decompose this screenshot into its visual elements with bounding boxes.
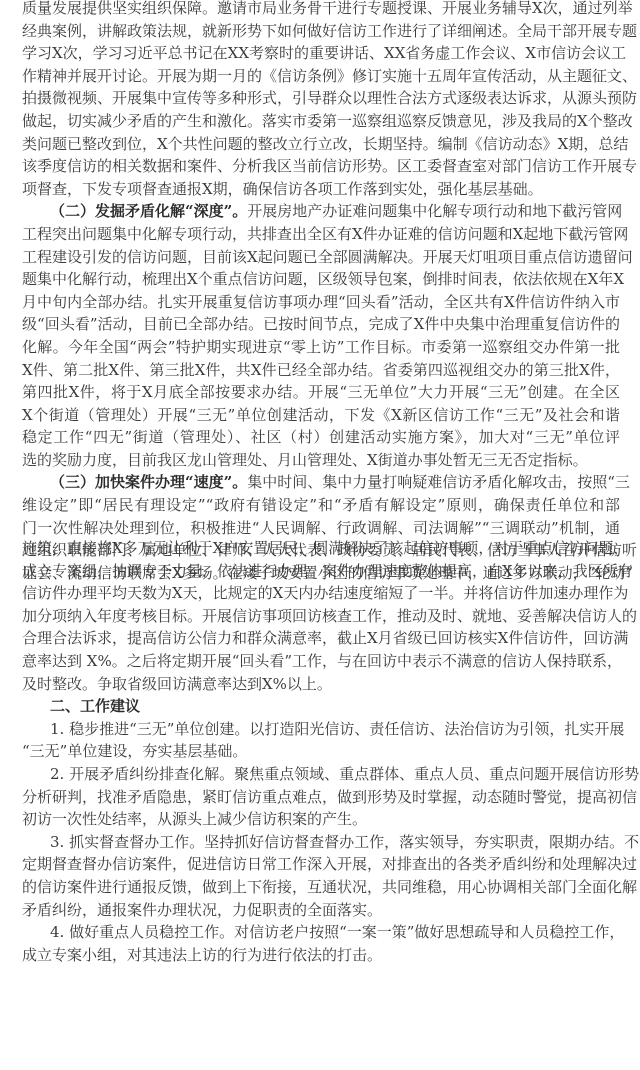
text-line: “三无”单位建设，夯实基层基础。 xyxy=(0,740,620,763)
section-heading-work-suggestions: 二、工作建议 xyxy=(0,695,620,718)
text-line: 选的奖励力度，目前我区龙山管理处、月山管理处、X街道办事处暂无三无否定指标。 xyxy=(0,449,620,472)
text-line: 意率达到 X%。之后将定期开展“回头看”工作，与在回访中表示不满意的信访人保持联… xyxy=(0,650,620,673)
text-line: 作精神并展开讨论。开展为期一月的《信访条例》修订实施十五周年宣传活动，从主题征文… xyxy=(0,65,620,88)
document-page-2: 施策，直接将X多万元让利于X户安置居民，圆满解决了该起信访事项，对于重点信访问题… xyxy=(0,537,640,966)
text-line: 学习X次，学习习近平总书记在XX考察时的重要讲话、XX省务虚工作会议、X市信访会… xyxy=(0,42,620,65)
text-line: 维设定”即“居民有理设定”“政府有错设定”和“矛盾有解设定”原则，确保责任单位和… xyxy=(0,494,620,517)
text-line: 工程突出问题集中化解专项行动，共排查出全区有X件办证难的信访问题和X起地下截污管… xyxy=(0,223,620,246)
text-line: 工程建设引发的信访问题，目前该X起问题已全部圆满解决。开展天灯咀项目重点信访遗留… xyxy=(0,246,620,269)
text-line: 信访件办理平均天数为X天，比规定的X天内办结速度缩短了一半。并将信访件加速办理作… xyxy=(0,582,620,605)
text-span: 开展房地产办证难问题集中化解专项行动和地下截污管网 xyxy=(247,202,622,220)
text-line: 月中旬内全部办结。扎实开展重复信访事项办理“回头看”活动，全区共有X件信访件纳入… xyxy=(0,291,620,314)
suggestion-3: 3. 抓实督查督办工作。坚持抓好信访督查督办工作，落实领导，夯实职责，限期办结。… xyxy=(0,831,640,921)
paragraph-training: 质量发展提供坚实组织保障。邀请市局业务骨干进行专题授课、开展业务辅导X次，通过列… xyxy=(0,0,640,200)
text-line: 的信访案件进行通报反馈，做到上下衔接，互通状况，共同维稳，用心协调相关部门全面化… xyxy=(0,876,620,899)
text-line: 成立专案小组，对其违法上访的行为进行依法的打击。 xyxy=(0,944,620,967)
text-line: 矛盾纠纷，通报案件办理状况，力促职责的全面落实。 xyxy=(0,899,620,922)
suggestion-1: 1. 稳步推进“三无”单位创建。以打造阳光信访、责任信访、法治信访为引领，扎实开… xyxy=(0,718,640,763)
suggestion-4: 4. 做好重点人员稳控工作。对信访老户按照“一案一策”做好思想疏导和人员稳控工作… xyxy=(0,921,640,966)
text-line: 级“回头看”活动，目前已全部办结。已按时间节点，完成了X件中央集中治理重复信访件… xyxy=(0,313,620,336)
text-line: 合理合法诉求，提高信访公信力和群众满意率，截止X月省级已回访核实X件信访件，回访… xyxy=(0,627,620,650)
text-line: 做起，切实减少矛盾的产生和激化。落实市委第一巡察组巡察反馈意见，涉及我局的X个整… xyxy=(0,110,620,133)
text-line: X个街道（管理处）开展“三无”单位创建活动，下发《X新区信访工作“三无”及社会和… xyxy=(0,404,620,427)
paragraph-first-line: （三）加快案件办理“速度”。集中时间、集中力量打响疑难信访矛盾化解攻击，按照“三 xyxy=(0,471,620,494)
text-line: 施策，直接将X多万元让利于X户安置居民，圆满解决了该起信访事项，对于重点信访问题… xyxy=(0,537,620,560)
paragraph-first-line: （二）发掘矛盾化解“深度”。开展房地产办证难问题集中化解专项行动和地下截污管网 xyxy=(0,200,620,223)
text-line: 第四批X件，将于X月底全部按要求办结。开展“三无单位”大力开展“三无”创建。在全… xyxy=(0,381,620,404)
text-line: 3. 抓实督查督办工作。坚持抓好信访督查督办工作，落实领导，夯实职责，限期办结。… xyxy=(0,831,620,854)
suggestion-2: 2. 开展矛盾纠纷排查化解。聚焦重点领域、重点群体、重点人员、重点问题开展信访形… xyxy=(0,763,640,831)
text-line: 题集中化解行动，梳理出X个重点信访问题，区级领导包案，倒排时间表，依法依规在X年… xyxy=(0,268,620,291)
text-line: 分析研判，找准矛盾隐患，紧盯信访重点难点，做到形势及时掌握，动态随时警觉，提高初… xyxy=(0,786,620,809)
text-line: 门一次性解决处理到位，积极推进“人民调解、行政调解、司法调解”“三调联动”机制，… xyxy=(0,517,620,540)
text-line: 化解。今年全国“两会”特护期实现进京“零上访”工作目标。市委第一巡察组交办件第一… xyxy=(0,336,620,359)
text-line: 质量发展提供坚实组织保障。邀请市局业务骨干进行专题授课、开展业务辅导X次，通过列… xyxy=(0,0,620,20)
text-line: 1. 稳步推进“三无”单位创建。以打造阳光信访、责任信访、法治信访为引领，扎实开… xyxy=(0,718,620,741)
text-line: 该季度信访的相关数据和案件、分析我区当前信访形势。区工委督查室对部门信访工作开展… xyxy=(0,155,620,178)
text-line: X件、第二批X件、第三批X件，共X件已经全部办结。省委第四巡视组交办的第三批X件… xyxy=(0,359,620,382)
text-line: 经典案例，讲解政策法规，就新形势下如何做好信访工作进行了详细阐述。全局干部开展专… xyxy=(0,20,620,43)
text-line: 拍摄微视频、开展集中宣传等多种形式，引导群众以理性合法方式逐级表达诉求，从源头预… xyxy=(0,87,620,110)
text-span: 集中时间、集中力量打响疑难信访矛盾化解攻击，按照“三 xyxy=(247,473,630,491)
text-line: 加分项纳入年度考核目标。开展信访事项回访核查工作，推动及时、就地、妥善解决信访人… xyxy=(0,605,620,628)
text-line: 项督查，下发专项督查通报X期，确保信访各项工作落到实处，强化基层基础。 xyxy=(0,178,620,201)
text-line: 及时整改。争取省级回访满意率达到X%以上。 xyxy=(0,673,620,696)
text-line: 定期督查督办信访案件，促进信访日常工作深入开展，对排查出的各类矛盾纠纷和处理解决… xyxy=(0,853,620,876)
subsection-heading: （三）加快案件办理“速度”。 xyxy=(50,473,247,491)
subsection-heading: （二）发掘矛盾化解“深度”。 xyxy=(50,202,247,220)
text-line: 2. 开展矛盾纠纷排查化解。聚焦重点领域、重点群体、重点人员、重点问题开展信访形… xyxy=(0,763,620,786)
text-line: 4. 做好重点人员稳控工作。对信访老户按照“一案一策”做好思想疏导和人员稳控工作… xyxy=(0,921,620,944)
text-line: 稳定工作“四无”街道（管理处）、社区（村）创建活动实施方案》，加大对“三无”单位… xyxy=(0,426,620,449)
document-page-1: 质量发展提供坚实组织保障。邀请市局业务骨干进行专题授课、开展业务辅导X次，通过列… xyxy=(0,0,640,584)
text-line: 类问题已整改到位，X个共性问题的整改立行立改，长期坚持。编制《信访动态》X期，总… xyxy=(0,133,620,156)
paragraph-depth: （二）发掘矛盾化解“深度”。开展房地产办证难问题集中化解专项行动和地下截污管网 … xyxy=(0,200,640,471)
text-line: 成立专案组，抽调专干力量，依法进行办理。案件办理速度整体提高，自X年以来，我区所… xyxy=(0,560,620,583)
paragraph-speed-continued: 施策，直接将X多万元让利于X户安置居民，圆满解决了该起信访事项，对于重点信访问题… xyxy=(0,537,640,695)
text-line: 初访一次性处结率，从源头上减少信访积案的产生。 xyxy=(0,808,620,831)
